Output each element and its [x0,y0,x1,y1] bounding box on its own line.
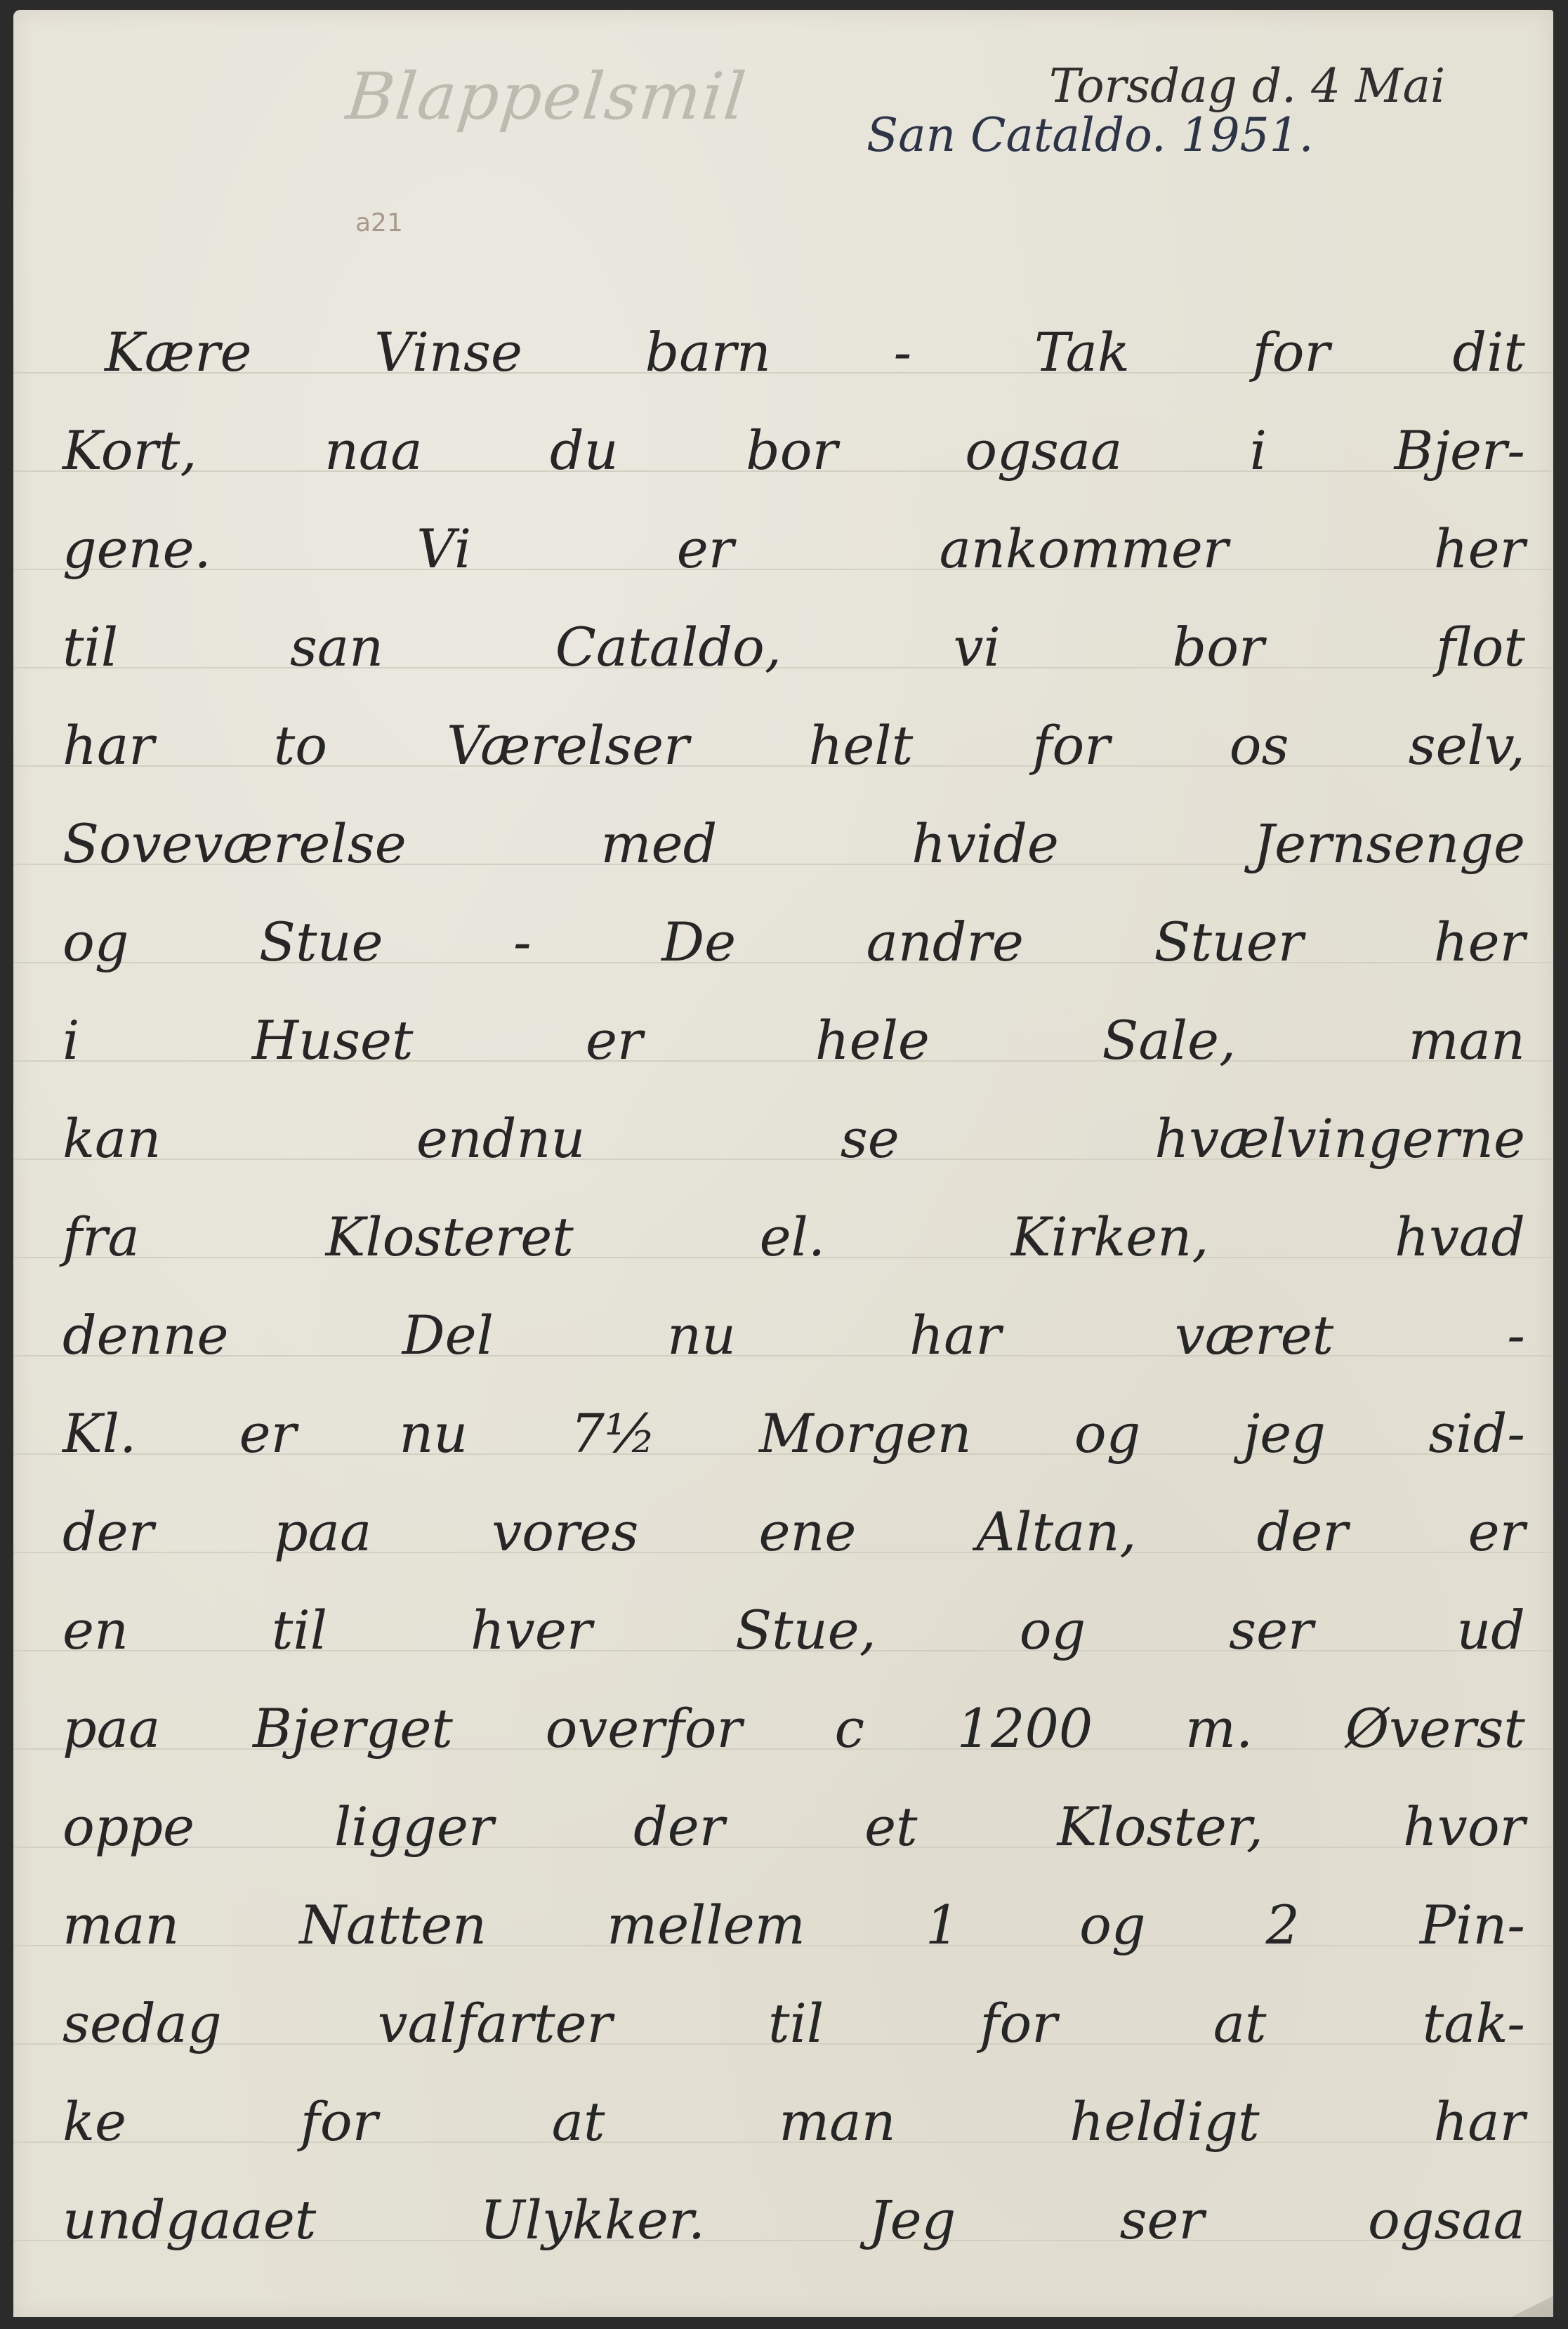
word: kan [62,1112,161,1166]
word: Ulykker. [480,2193,706,2247]
word: denne [62,1309,229,1362]
word: ogsaa [965,424,1122,477]
pencil-page-number: a21 [355,209,403,237]
word: Altan, [976,1505,1136,1559]
word: ene [758,1505,856,1559]
body-line: entilhverStue,ogserud [62,1604,1525,1657]
word: du [550,424,619,477]
body-line: fraKlosteretel.Kirken,hvad [62,1210,1525,1264]
word: ke [62,2095,126,2149]
word: ud [1456,1604,1525,1657]
word: helt [808,719,913,772]
word: Pin- [1420,1899,1525,1952]
word: - [1507,1309,1525,1362]
word: for [980,1997,1057,2050]
word: ogsaa [1368,2193,1525,2247]
body-line: keforatmanheldigthar [62,2095,1525,2149]
word: 1200 [957,1702,1093,1755]
word: for [1253,326,1330,379]
word: med [601,817,718,871]
word: Kirken, [1011,1210,1209,1264]
word: Klosteret [326,1210,574,1264]
word: vi [954,621,1001,674]
body-line: denneDelnuharværet- [62,1309,1525,1362]
body-line: gene.Vierankommerher [62,522,1525,576]
word: er [1468,1505,1525,1559]
word: Huset [252,1014,414,1067]
word: Bjerget [253,1702,453,1755]
word: sedag [62,1997,222,2050]
word: Natten [299,1899,487,1952]
word: andre [867,916,1024,969]
word: har [62,719,154,772]
word: at [1213,1997,1267,2050]
word: 7½ [571,1407,657,1460]
word: hvor [1403,1800,1525,1854]
word: for [1032,719,1109,772]
word: har [909,1309,1001,1362]
word: at [552,2095,605,2149]
word: et [864,1800,918,1854]
word: Stue [259,916,383,969]
body-line: Kl.ernu7½Morgenogjegsid- [62,1407,1525,1460]
body-line: hartoVærelserheltforosselv, [62,719,1525,772]
letter-place-year: San Cataldo. 1951. [867,108,1314,162]
word: paa [274,1505,371,1559]
word: bor [746,424,838,477]
word: Soveværelse [62,817,407,871]
word: der [62,1505,154,1559]
word: Kære [105,326,252,379]
word: er [586,1014,643,1067]
word: Morgen [759,1407,971,1460]
word: 2 [1266,1899,1300,1952]
word: gene. [62,522,211,576]
word: hvad [1395,1210,1525,1264]
word: Kort, [62,424,197,477]
word: der [633,1800,725,1854]
word: ser [1229,1604,1313,1657]
word: endnu [416,1112,585,1166]
word: været [1175,1309,1333,1362]
word: Tak [1034,326,1130,379]
word: og [1074,1407,1140,1460]
word: naa [324,424,423,477]
word: hele [815,1014,930,1067]
letter-date: Torsdag d. 4 Mai [1049,59,1445,113]
word: til [62,621,118,674]
word: oppe [62,1800,195,1854]
word: er [239,1407,296,1460]
body-line: ogStue-DeandreStuerher [62,916,1525,969]
word: valfarter [378,1997,612,2050]
word: Bjer- [1395,424,1525,477]
word: her [1434,916,1525,969]
word: De [661,916,736,969]
word: Sale, [1102,1014,1236,1067]
word: os [1230,719,1289,772]
word: jeg [1244,1407,1326,1460]
folded-corner [1511,2296,1553,2317]
word: overfor [546,1702,742,1755]
body-line: iHuseterheleSale,man [62,1014,1525,1067]
word: og [1020,1604,1086,1657]
word: m. [1185,1702,1253,1755]
word: Øverst [1345,1702,1525,1755]
word: Jernsenge [1253,817,1525,871]
word: tak- [1423,1997,1525,2050]
word: er [677,522,734,576]
body-line: sedagvalfartertilforattak- [62,1997,1525,2050]
word: barn [645,326,771,379]
body-line: derpaavoreseneAltan,derer [62,1505,1525,1559]
word: Kl. [62,1407,136,1460]
letter-page: Blappelsmil a21 Torsdag d. 4 Mai San Cat… [13,10,1553,2317]
word: hvælvingerne [1154,1112,1525,1166]
word: man [779,2095,895,2149]
word: to [274,719,327,772]
word: Vinse [374,326,522,379]
word: Vi [416,522,471,576]
word: dit [1452,326,1525,379]
word: og [62,916,129,969]
word: fra [62,1210,140,1264]
word: heldigt [1069,2095,1259,2149]
word: en [62,1604,129,1657]
word: og [1079,1899,1145,1952]
word: Del [402,1309,494,1362]
word: se [841,1112,900,1166]
word: - [513,916,532,969]
word: ser [1119,2193,1204,2247]
word: hvide [911,817,1059,871]
word: Stuer [1154,916,1303,969]
word: mellem [607,1899,805,1952]
word: vores [492,1505,638,1559]
word: - [893,326,911,379]
word: el. [760,1210,825,1264]
body-line: paaBjergetoverforc1200m.Øverst [62,1702,1525,1755]
body-line: undgaaetUlykker.Jegserogsaa [62,2193,1525,2247]
word: i [1250,424,1267,477]
word: man [62,1899,179,1952]
word: til [272,1604,327,1657]
word: 1 [925,1899,959,1952]
pencil-annotation: Blappelsmil [343,59,750,134]
word: flot [1436,621,1525,674]
body-line: kanendnusehvælvingerne [62,1112,1525,1166]
word: Cataldo, [555,621,782,674]
word: her [1434,522,1525,576]
body-line: KæreVinsebarn-Takfordit [105,326,1525,379]
word: nu [399,1407,468,1460]
body-line: Kort,naaduborogsaaiBjer- [62,424,1525,477]
word: bor [1173,621,1265,674]
word: ankommer [940,522,1229,576]
word: har [1433,2095,1525,2149]
word: til [768,1997,824,2050]
body-line: SoveværelsemedhvideJernsenge [62,817,1525,871]
word: nu [667,1309,736,1362]
word: selv, [1409,719,1525,772]
word: c [835,1702,865,1755]
body-line: oppeliggerderetKloster,hvor [62,1800,1525,1854]
body-line: manNattenmellem1og2Pin- [62,1899,1525,1952]
word: paa [62,1702,160,1755]
word: hver [470,1604,592,1657]
word: Kloster, [1058,1800,1264,1854]
word: man [1409,1014,1525,1067]
body-line: tilsanCataldo,viborflot [62,621,1525,674]
word: Værelser [447,719,689,772]
word: for [301,2095,378,2149]
word: undgaaet [62,2193,316,2247]
word: sid- [1428,1407,1525,1460]
word: san [290,621,383,674]
word: i [62,1014,79,1067]
word: Stue, [735,1604,876,1657]
word: ligger [334,1800,494,1854]
word: Jeg [869,2193,956,2247]
word: der [1257,1505,1348,1559]
